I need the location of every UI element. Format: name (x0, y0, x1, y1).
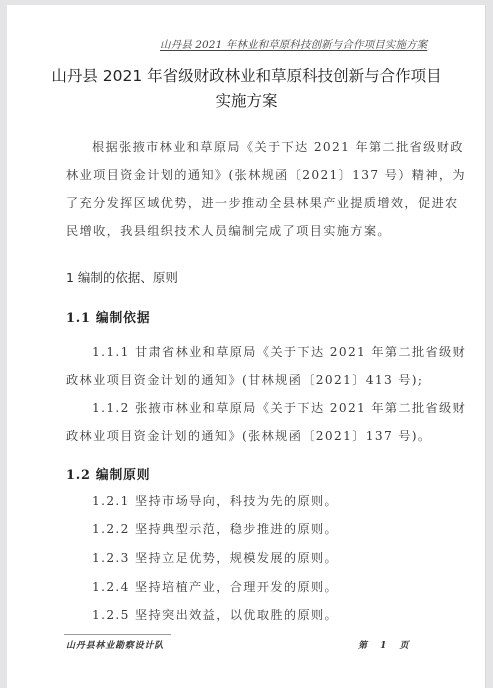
section-1-2-heading: 1.2 编制原则 (66, 464, 150, 483)
basis-item-2-line-2: 政林业项目资金计划的通知》(张林规函〔2021〕137 号)。 (66, 427, 431, 444)
running-header: 山丹县 2021 年林业和草原科技创新与合作项目实施方案 (160, 37, 437, 52)
principle-item-3: 1.2.3 坚持立足优势，规模发展的原则。 (92, 549, 338, 566)
footer-rule (64, 634, 171, 635)
intro-line-3: 了充分发挥区域优势，进一步推动全县林果产业提质增效，促进农 (66, 194, 459, 211)
document-title: 山丹县 2021 年省级财政林业和草原科技创新与合作项目 实施方案 (40, 64, 453, 114)
footer-organization: 山丹县林业勘察设计队 (66, 638, 164, 651)
title-line-1: 山丹县 2021 年省级财政林业和草原科技创新与合作项目 (40, 64, 453, 89)
title-line-2: 实施方案 (40, 89, 453, 114)
section-1-heading: 1 编制的依据、原则 (66, 268, 178, 286)
basis-item-1-line-1: 1.1.1 甘肃省林业和草原局《关于下达 2021 年第二批省级财 (92, 343, 466, 360)
principle-item-2: 1.2.2 坚持典型示范，稳步推进的原则。 (92, 520, 338, 537)
principle-item-4: 1.2.4 坚持培植产业，合理开发的原则。 (92, 578, 338, 595)
page-edge (485, 5, 486, 688)
intro-line-4: 民增收，我县组织技术人员编制完成了项目实施方案。 (66, 222, 391, 239)
basis-item-1-line-2: 政林业项目资金计划的通知》(甘林规函〔2021〕413 号); (66, 371, 423, 388)
intro-line-1: 根据张掖市林业和草原局《关于下达 2021 年第二批省级财政 (92, 138, 464, 155)
section-1-1-heading: 1.1 编制依据 (66, 307, 150, 326)
principle-item-1: 1.2.1 坚持市场导向，科技为先的原则。 (92, 492, 338, 509)
intro-line-2: 林业项目资金计划的通知》(张林规函〔2021〕137 号）精神，为 (66, 166, 466, 183)
basis-item-2-line-1: 1.1.2 张掖市林业和草原局《关于下达 2021 年第二批省级财 (92, 399, 466, 416)
principle-item-5: 1.2.5 坚持突出效益，以优取胜的原则。 (92, 606, 338, 623)
footer-page-number: 第 1 页 (358, 638, 414, 651)
